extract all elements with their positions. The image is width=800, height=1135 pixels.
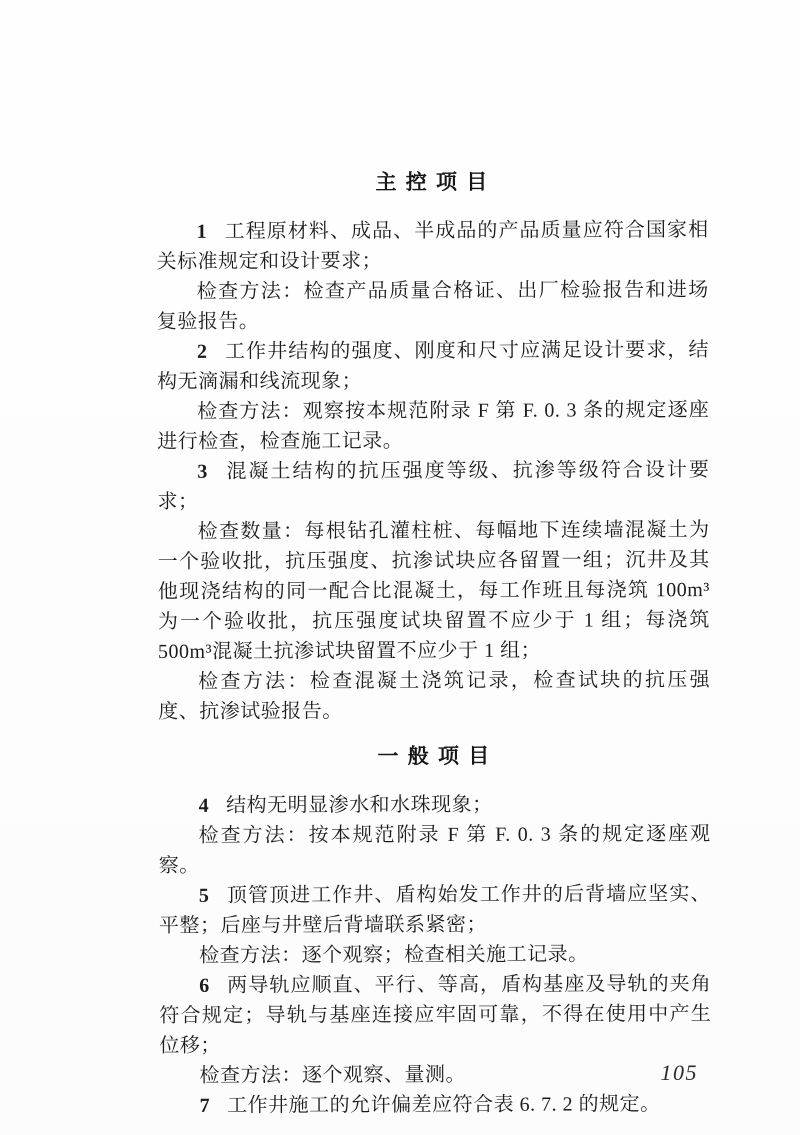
item-number: 6 (199, 975, 210, 997)
paragraph-text: 结构无明显渗水和水珠现象； (226, 794, 493, 817)
paragraph: 检查数量：每根钻孔灌柱桩、每幅地下连续墙混凝土为一个验收批，抗压强度、抗渗试块应… (158, 515, 711, 667)
item-number: 1 (197, 221, 208, 243)
page-content: 主 控 项 目 1工程原材料、成品、半成品的产品质量应符合国家相关标准规定和设计… (156, 169, 711, 1121)
paragraph: 1工程原材料、成品、半成品的产品质量应符合国家相关标准规定和设计要求； (157, 215, 709, 277)
item-number: 7 (200, 1095, 211, 1117)
paragraph: 检查方法：逐个观察；检查相关施工记录。 (159, 939, 711, 971)
paragraph: 检查方法：逐个观察、量测。 (159, 1059, 711, 1091)
paragraph-text: 两导轨应顺直、平行、等高，盾构基座及导轨的夹角符合规定；导轨与基座连接应牢固可靠… (159, 973, 711, 1057)
paragraph: 检查方法：检查产品质量合格证、出厂检验报告和进场复验报告。 (157, 275, 709, 337)
paragraph: 4结构无明显渗水和水珠现象； (159, 789, 711, 821)
section-main-control-items: 主 控 项 目 1工程原材料、成品、半成品的产品质量应符合国家相关标准规定和设计… (156, 169, 710, 727)
paragraph: 5顶管顶进工作井、盾构始发工作井的后背墙应坚实、平整；后座与井壁后背墙联系紧密； (159, 879, 711, 941)
paragraph-text: 顶管顶进工作井、盾构始发工作井的后背墙应坚实、平整；后座与井壁后背墙联系紧密； (159, 883, 711, 937)
paragraph: 3混凝土结构的抗压强度等级、抗渗等级符合设计要求； (157, 455, 709, 517)
paragraph: 检查方法：按本规范附录 F 第 F. 0. 3 条的规定逐座观察。 (159, 819, 711, 881)
paragraph-text: 检查方法：观察按本规范附录 F 第 F. 0. 3 条的规定逐座进行检查，检查施… (157, 399, 709, 453)
section-heading: 主 控 项 目 (156, 169, 708, 195)
paragraph-text: 检查方法：检查混凝土浇筑记录，检查试块的抗压强度、抗渗试验报告。 (158, 669, 710, 723)
paragraph: 检查方法：检查混凝土浇筑记录，检查试块的抗压强度、抗渗试验报告。 (158, 665, 710, 727)
paragraph-text: 检查方法：检查产品质量合格证、出厂检验报告和进场复验报告。 (157, 279, 709, 333)
item-number: 5 (199, 885, 210, 907)
paragraph: 2工作井结构的强度、刚度和尺寸应满足设计要求，结构无滴漏和线流现象； (157, 335, 709, 397)
paragraph-text: 检查数量：每根钻孔灌柱桩、每幅地下连续墙混凝土为一个验收批，抗压强度、抗渗试块应… (158, 519, 710, 663)
paragraph-text: 工作井施工的允许偏差应符合表 6. 7. 2 的规定。 (227, 1093, 661, 1117)
paragraph: 7工作井施工的允许偏差应符合表 6. 7. 2 的规定。 (160, 1089, 712, 1121)
paragraph-text: 检查方法：按本规范附录 F 第 F. 0. 3 条的规定逐座观察。 (159, 823, 711, 877)
paragraph-text: 检查方法：逐个观察、量测。 (199, 1064, 466, 1087)
document-page: 主 控 项 目 1工程原材料、成品、半成品的产品质量应符合国家相关标准规定和设计… (0, 0, 800, 1135)
paragraph-text: 混凝土结构的抗压强度等级、抗渗等级符合设计要求； (157, 459, 709, 513)
section-heading: 一 般 项 目 (158, 743, 710, 769)
paragraph-text: 工程原材料、成品、半成品的产品质量应符合国家相关标准规定和设计要求； (157, 219, 709, 273)
paragraph-text: 检查方法：逐个观察；检查相关施工记录。 (199, 943, 589, 966)
paragraph: 6两导轨应顺直、平行、等高，盾构基座及导轨的夹角符合规定；导轨与基座连接应牢固可… (159, 969, 711, 1061)
item-number: 4 (199, 795, 210, 817)
section-general-items: 一 般 项 目 4结构无明显渗水和水珠现象； 检查方法：按本规范附录 F 第 F… (158, 743, 711, 1121)
paragraph-text: 工作井结构的强度、刚度和尺寸应满足设计要求，结构无滴漏和线流现象； (157, 339, 709, 393)
page-number: 105 (661, 1060, 699, 1086)
item-number: 3 (197, 461, 208, 483)
paragraph: 检查方法：观察按本规范附录 F 第 F. 0. 3 条的规定逐座进行检查，检查施… (157, 395, 709, 457)
item-number: 2 (197, 341, 208, 363)
